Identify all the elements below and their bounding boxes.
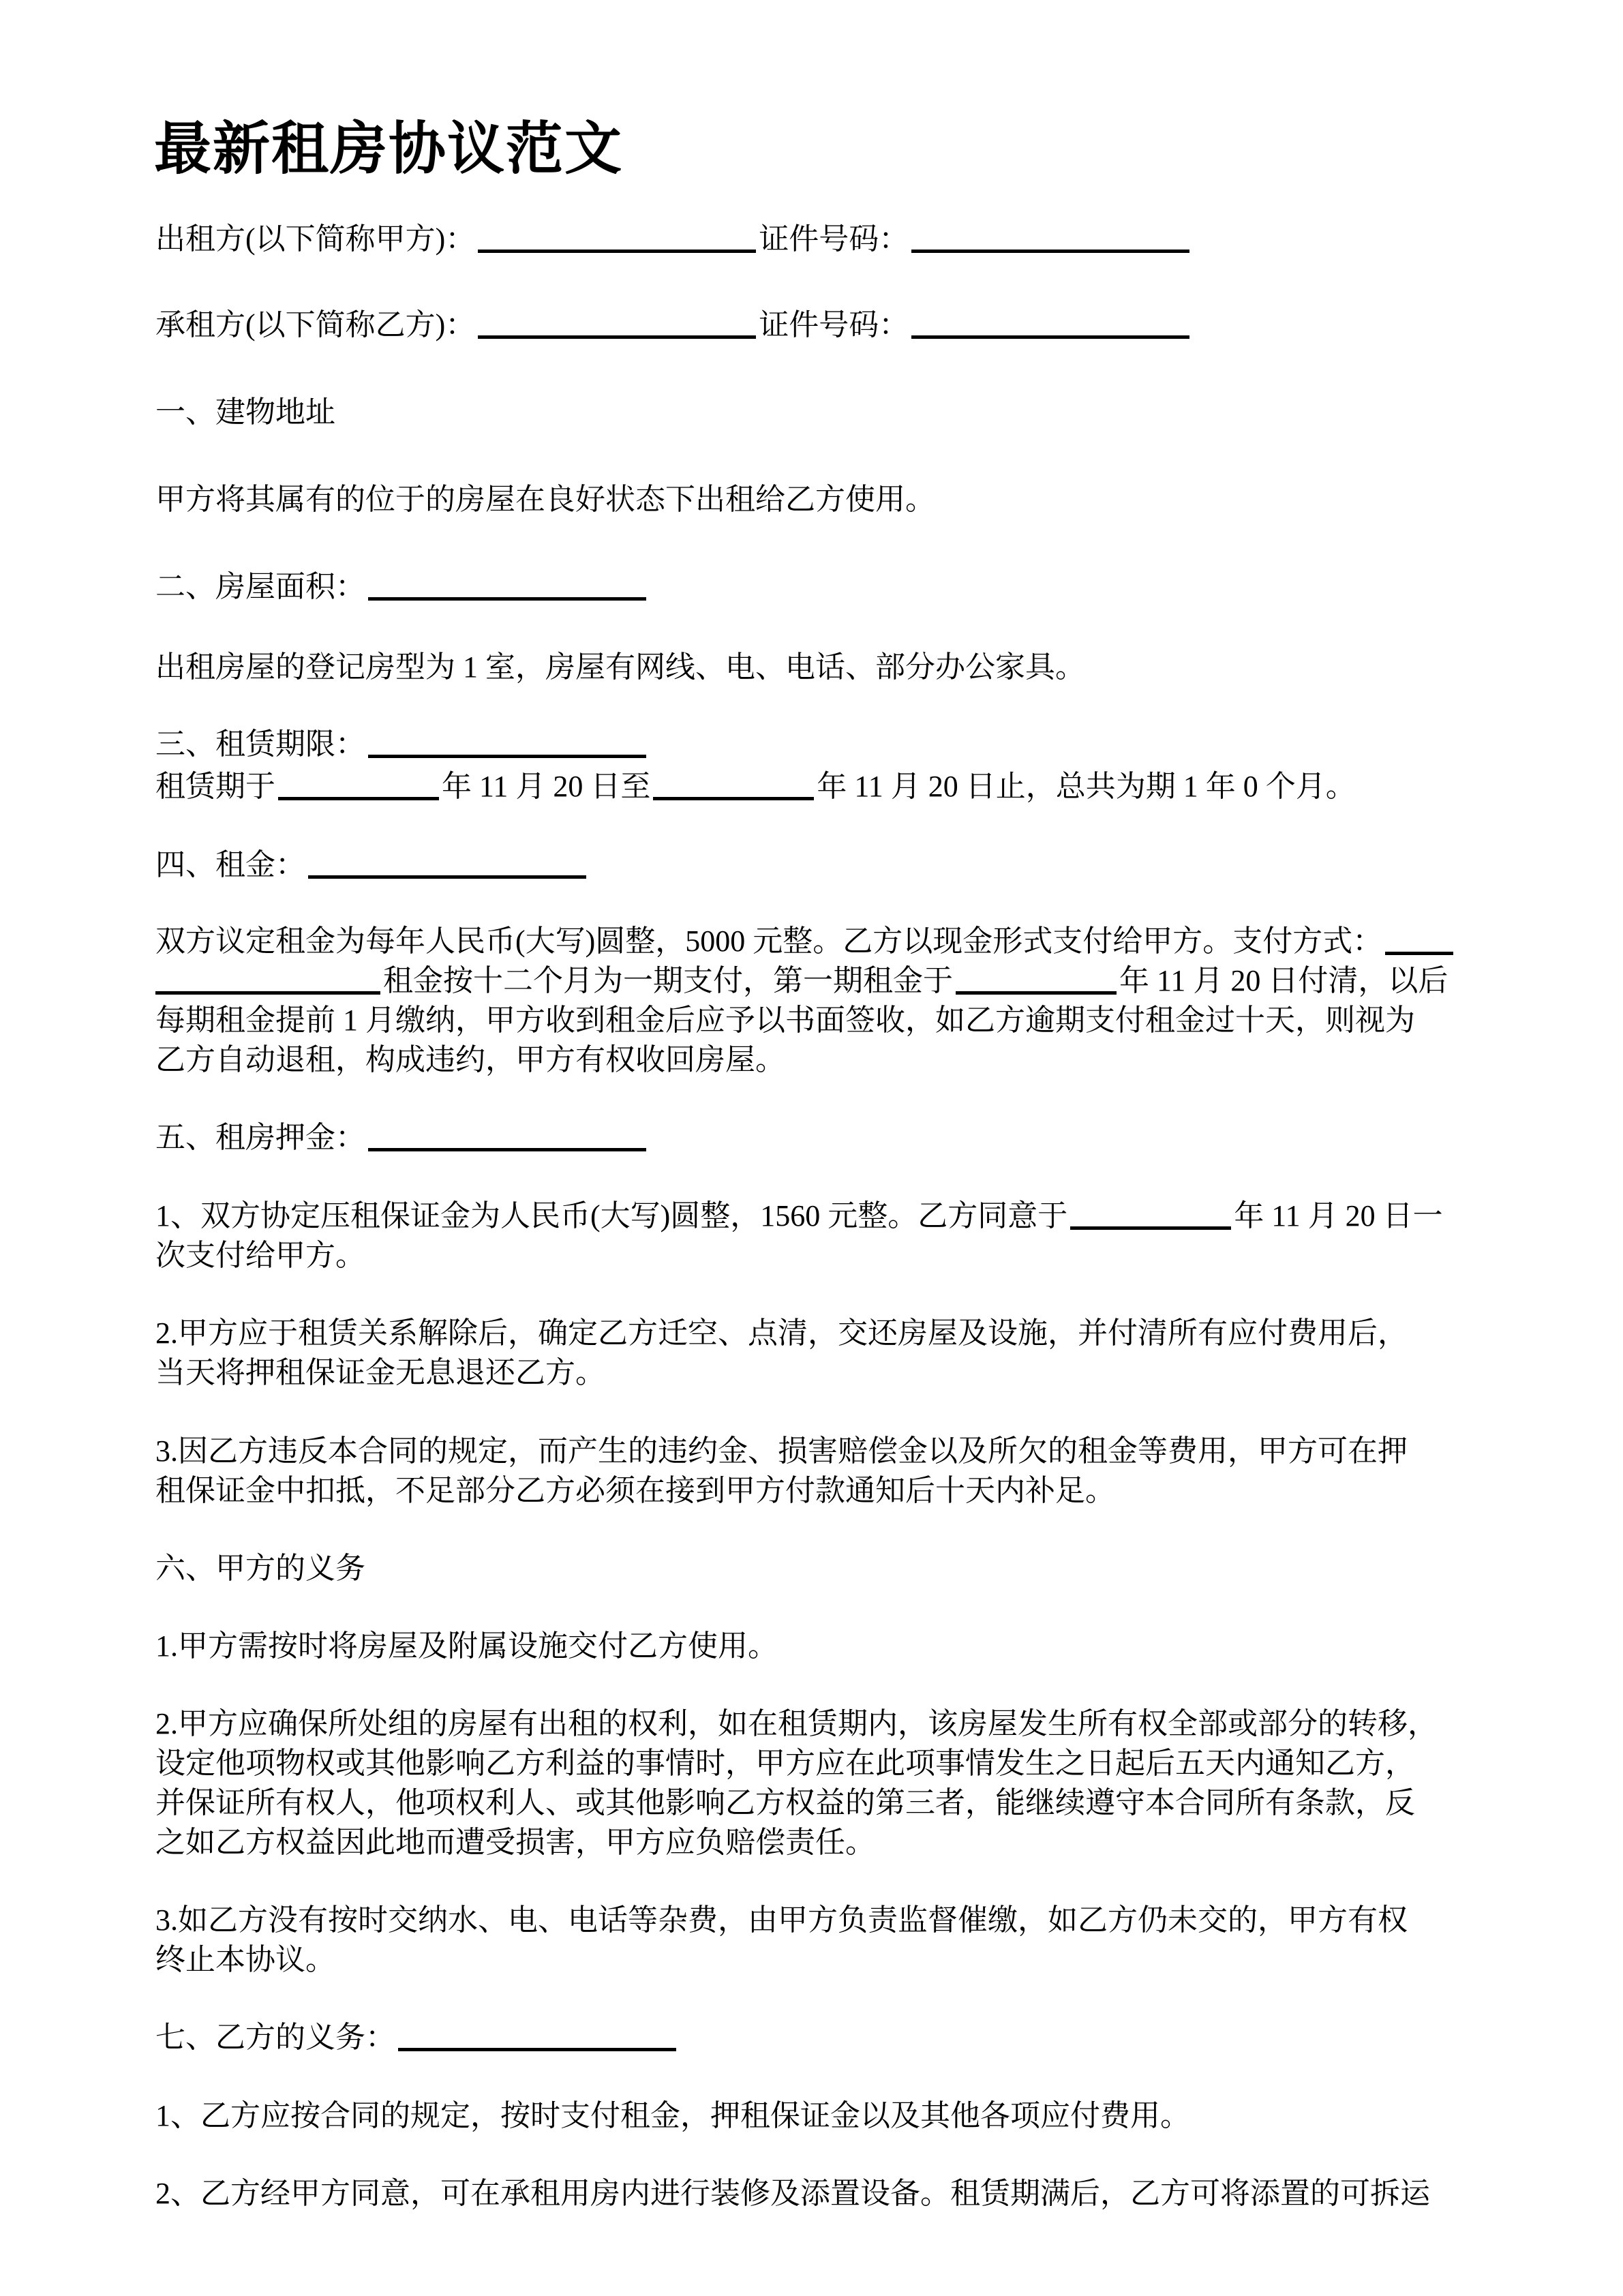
lessor-duty-3-line-1: 3.如乙方没有按时交纳水、电、电话等杂费，由甲方负责监督催缴，如乙方仍未交的，甲…: [155, 1901, 1408, 1940]
section-3-heading-row: 三、租赁期限：: [155, 725, 649, 764]
section-6-heading: 六、甲方的义务: [155, 1549, 365, 1588]
lessee-id-label: 证件号码：: [759, 308, 909, 342]
term-text-1: 租赁期于: [155, 770, 275, 803]
lessor-duty-2-line-3: 并保证所有权人，他项权利人、或其他影响乙方权益的第三者，能继续遵守本合同所有条款…: [155, 1783, 1415, 1823]
rent-blank[interactable]: [308, 875, 586, 879]
section-4-line-2: 租金按十二个月为一期支付，第一期租金于年 11 月 20 日付清，以后: [155, 961, 1448, 1001]
section-4-heading: 四、租金：: [155, 848, 305, 881]
section-4-line-3: 每期租金提前 1 月缴纳，甲方收到租金后应予以书面签收，如乙方逾期支付租金过十天…: [155, 1001, 1415, 1040]
term-text-2: 年 11 月 20 日至: [442, 770, 650, 803]
lessor-duty-1: 1.甲方需按时将房屋及附属设施交付乙方使用。: [155, 1627, 778, 1666]
section-1-body: 甲方将其属有的位于的房屋在良好状态下出租给乙方使用。: [155, 480, 935, 519]
deposit-text-1b: 年 11 月 20 日一: [1234, 1199, 1442, 1233]
deposit-item-2-line-2: 当天将押租保证金无息退还乙方。: [155, 1353, 605, 1393]
rent-text-2a: 租金按十二个月为一期支付，第一期租金于: [383, 964, 953, 997]
rent-text-1: 双方议定租金为每年人民币(大写)圆整，5000 元整。乙方以现金形式支付给甲方。…: [155, 924, 1382, 958]
term-text-3: 年 11 月 20 日止，总共为期 1 年 0 个月。: [817, 770, 1355, 803]
deposit-year-blank[interactable]: [1070, 1226, 1231, 1230]
end-year-blank[interactable]: [653, 797, 814, 800]
lessee-duty-1: 1、乙方应按合同的规定，按时支付租金，押租保证金以及其他各项应付费用。: [155, 2096, 1190, 2136]
section-4-line-4: 乙方自动退租，构成违约，甲方有权收回房屋。: [155, 1040, 785, 1080]
lessor-name-blank[interactable]: [478, 250, 756, 253]
document-title: 最新租房协议范文: [154, 115, 623, 183]
lessee-name-blank[interactable]: [478, 335, 756, 339]
section-2-heading-row: 二、房屋面积：: [155, 567, 649, 607]
deposit-blank[interactable]: [368, 1148, 646, 1151]
deposit-item-3-line-1: 3.因乙方违反本合同的规定，而产生的违约金、损害赔偿金以及所欠的租金等费用，甲方…: [155, 1432, 1408, 1471]
lessor-duty-2-line-1: 2.甲方应确保所处组的房屋有出租的权利，如在租赁期内，该房屋发生所有权全部或部分…: [155, 1704, 1438, 1744]
lessee-id-blank[interactable]: [911, 335, 1189, 339]
document-page: 最新租房协议范文 出租方(以下简称甲方)：证件号码： 承租方(以下简称乙方)：证…: [0, 0, 1623, 2296]
lessor-id-label: 证件号码：: [759, 222, 909, 256]
rent-text-2b: 年 11 月 20 日付清，以后: [1119, 964, 1448, 997]
deposit-item-1-line-2: 次支付给甲方。: [155, 1236, 365, 1275]
payment-method-blank-b[interactable]: [155, 991, 380, 995]
deposit-item-2-line-1: 2.甲方应于租赁关系解除后，确定乙方迁空、点清，交还房屋及设施，并付清所有应付费…: [155, 1314, 1408, 1353]
section-4-line-1: 双方议定租金为每年人民币(大写)圆整，5000 元整。乙方以现金形式支付给甲方。…: [155, 922, 1456, 961]
section-4-heading-row: 四、租金：: [155, 845, 589, 885]
lessee-label: 承租方(以下简称乙方)：: [155, 308, 475, 342]
payment-method-blank-a[interactable]: [1385, 952, 1453, 955]
section-7-heading: 七、乙方的义务：: [155, 2021, 395, 2054]
section-7-heading-row: 七、乙方的义务：: [155, 2018, 679, 2057]
term-blank[interactable]: [368, 755, 646, 758]
lessor-row: 出租方(以下简称甲方)：证件号码：: [155, 220, 1192, 259]
lessee-duty-2-line-1: 2、乙方经甲方同意，可在承租用房内进行装修及添置设备。租赁期满后，乙方可将添置的…: [155, 2174, 1430, 2214]
section-1-heading: 一、建物地址: [155, 393, 335, 432]
lessor-duty-3-line-2: 终止本协议。: [155, 1940, 335, 1980]
start-year-blank[interactable]: [278, 797, 439, 800]
section-2-body: 出租房屋的登记房型为 1 室，房屋有网线、电、电话、部分办公家具。: [155, 648, 1085, 687]
section-5-heading-row: 五、租房押金：: [155, 1118, 649, 1158]
lessor-label: 出租方(以下简称甲方)：: [155, 222, 475, 256]
deposit-item-3-line-2: 租保证金中扣抵，不足部分乙方必须在接到甲方付款通知后十天内补足。: [155, 1471, 1115, 1511]
section-3-heading: 三、租赁期限：: [155, 727, 365, 761]
section-2-heading: 二、房屋面积：: [155, 570, 365, 603]
section-5-heading: 五、租房押金：: [155, 1121, 365, 1154]
lessor-duty-2-line-4: 之如乙方权益因此地而遭受损害，甲方应负赔偿责任。: [155, 1823, 875, 1862]
first-payment-year-blank[interactable]: [956, 991, 1117, 995]
lessor-duty-2-line-2: 设定他项物权或其他影响乙方利益的事情时，甲方应在此项事情发生之日起后五天内通知乙…: [155, 1744, 1415, 1783]
section-3-body: 租赁期于年 11 月 20 日至年 11 月 20 日止，总共为期 1 年 0 …: [155, 767, 1356, 806]
lessee-row: 承租方(以下简称乙方)：证件号码：: [155, 305, 1192, 345]
area-blank[interactable]: [368, 597, 646, 601]
lessee-duty-blank[interactable]: [398, 2048, 676, 2051]
lessor-id-blank[interactable]: [911, 250, 1189, 253]
deposit-text-1a: 1、双方协定压租保证金为人民币(大写)圆整，1560 元整。乙方同意于: [155, 1199, 1067, 1233]
deposit-item-1-line-1: 1、双方协定压租保证金为人民币(大写)圆整，1560 元整。乙方同意于年 11 …: [155, 1196, 1443, 1236]
